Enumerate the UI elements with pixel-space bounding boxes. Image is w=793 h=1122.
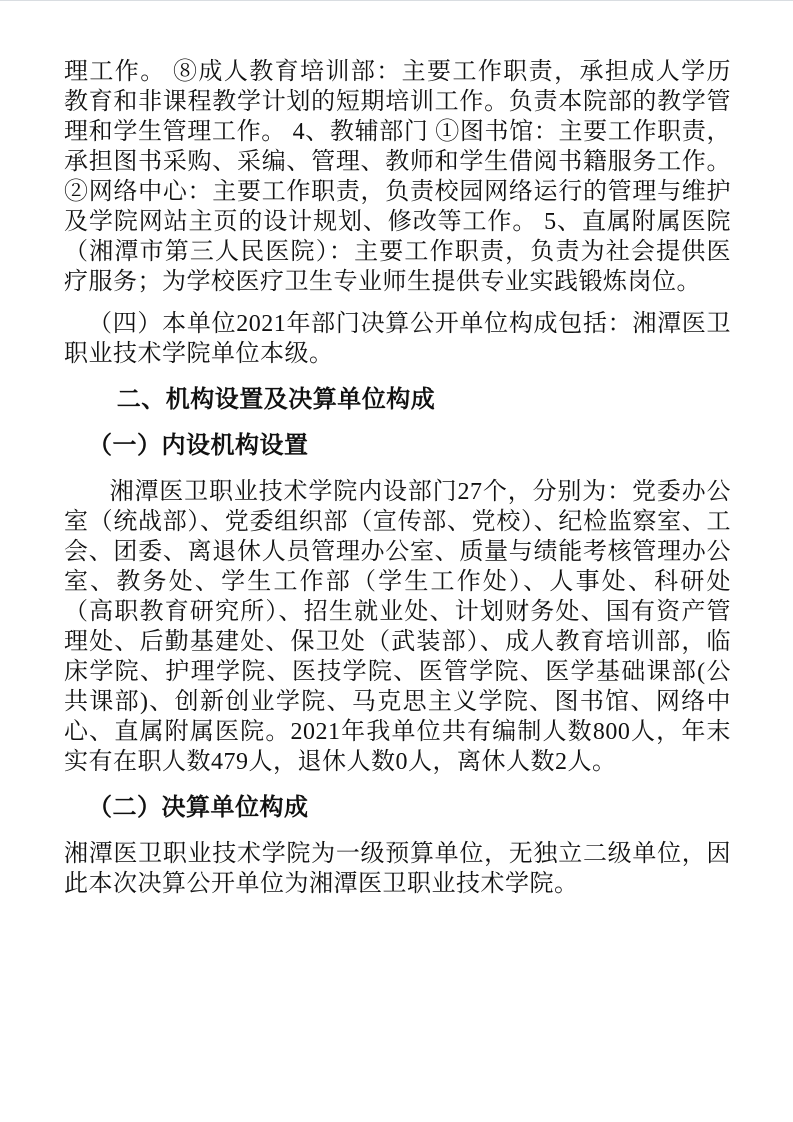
section-heading-organization-setup: 二、机构设置及决算单位构成 [64,385,731,415]
paragraph-department-duties: 理工作。 ⑧成人教育培训部：主要工作职责，承担成人学历教育和非课程教学计划的短期… [64,57,731,297]
paragraph-disclosure-unit-composition: （四）本单位2021年部门决算公开单位构成包括：湘潭医卫职业技术学院单位本级。 [64,309,731,369]
subsection-heading-internal-organization: （一）内设机构设置 [64,431,731,461]
document-page: 理工作。 ⑧成人教育培训部：主要工作职责，承担成人学历教育和非课程教学计划的短期… [0,1,793,1122]
paragraph-internal-departments-list: 湘潭医卫职业技术学院内设部门27个，分别为：党委办公室（统战部）、党委组织部（宣… [64,477,731,777]
subsection-heading-final-accounts-unit: （二）决算单位构成 [64,793,731,823]
paragraph-final-accounts-unit-description: 湘潭医卫职业技术学院为一级预算单位，无独立二级单位，因此本次决算公开单位为湘潭医… [64,839,731,899]
